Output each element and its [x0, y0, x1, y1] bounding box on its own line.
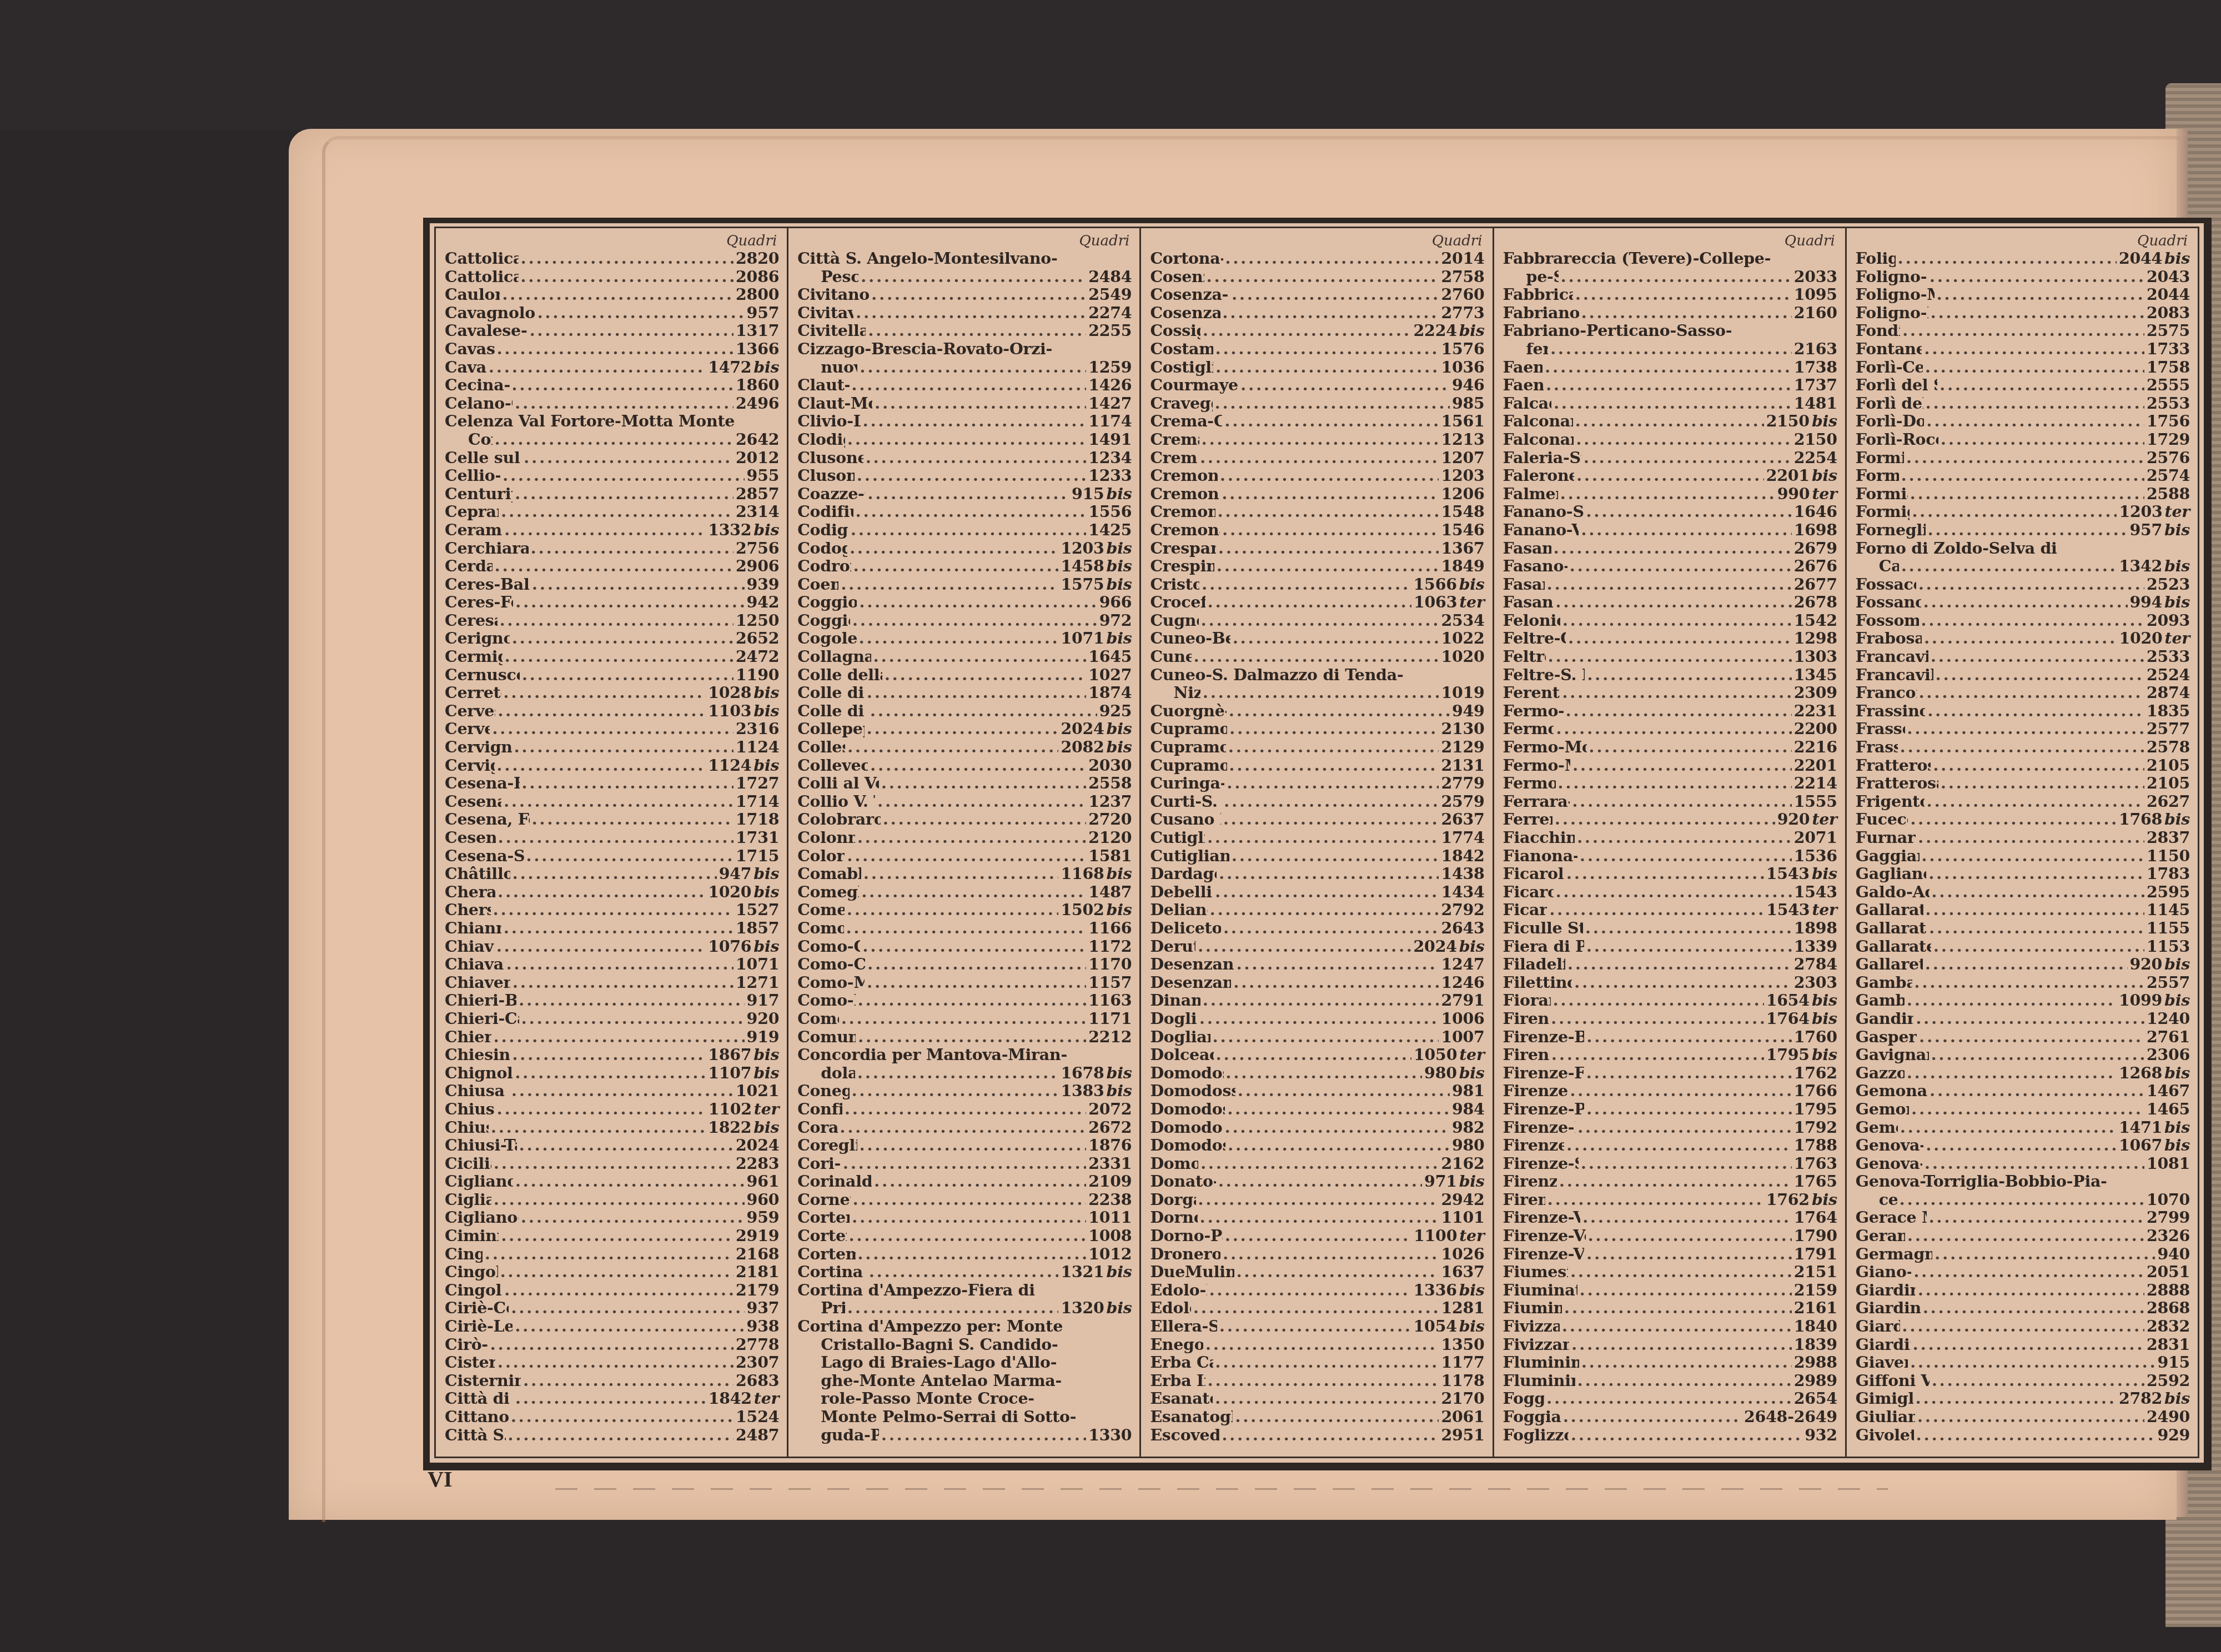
entry-table-number: 920: [1777, 810, 1810, 828]
entry-name: Gimigliano-Catanzaro: [1856, 1389, 1913, 1408]
entry-name: Fianona-Castel Lupogliano: [1503, 847, 1577, 865]
entry-name: Cupramontana-Castelplanio: [1150, 720, 1227, 738]
entry-name: Firenze-Pontassieve-Bibbiena.: [1503, 1100, 1585, 1118]
leader-dots: [1587, 666, 1791, 684]
leader-dots: [505, 647, 733, 666]
entry-name: Chieri-Castelnuovo d'Asti: [445, 1010, 519, 1028]
index-entry: Collio V. T.-Lavone-Tavernole1237: [797, 792, 1132, 811]
leader-dots: [1589, 738, 1792, 756]
index-entry: Comeno-Sistiana1502bis: [797, 901, 1132, 919]
entry-name: Formigara-Cremona: [1856, 503, 1910, 521]
entry-table-number: 2575: [2147, 322, 2190, 340]
index-entry: Celano-Celano Stazione2496: [445, 394, 779, 413]
index-entry: Fermo-Ascoli Piceno2231: [1503, 702, 1837, 720]
entry-suffix: bis: [1459, 1172, 1485, 1191]
entry-table-number: 1071: [736, 955, 779, 973]
index-entry: Enego-Primolano1350: [1150, 1335, 1484, 1354]
entry-name: Conegliano-Oderzo: [797, 1082, 849, 1100]
index-entry: Fanano-Vidiciatico-Bologna1698: [1503, 521, 1837, 539]
leader-dots: [1228, 738, 1439, 756]
entry-name: role-Passo Monte Croce-: [821, 1389, 1034, 1408]
leader-dots: [1924, 629, 2117, 647]
leader-dots: [1916, 1389, 2117, 1408]
entry-name: Claut-Montereale-Maniago: [797, 394, 872, 413]
leader-dots: [1203, 684, 1439, 702]
index-entry: Chianni-Pontedera1857: [445, 919, 779, 937]
index-entry: Crocefieschi-Busalla1063ter: [1150, 593, 1484, 611]
index-entry: Gavignano-Segni Stazione2306: [1856, 1046, 2190, 1064]
entry-name: Falconara Alta-Falconara M.: [1503, 412, 1573, 430]
index-entry: Cremona-Castelponzone1206: [1150, 485, 1484, 503]
leader-dots: [852, 1208, 1086, 1227]
index-entry: Como-Nesso-Zelbio1163: [797, 991, 1132, 1010]
entry-table-number: 966: [1099, 593, 1132, 611]
entry-name: Cherasco-Stazione: [445, 883, 495, 901]
entry-table-number: 1527: [736, 901, 779, 919]
leader-dots: [1546, 1389, 1791, 1408]
leader-dots: [857, 828, 1086, 847]
index-entry: Firenze-Abetone1764bis: [1503, 1010, 1837, 1028]
leader-dots: [515, 1389, 706, 1408]
index-entry: Comeglians-Sappada1487: [797, 883, 1132, 901]
leader-dots: [514, 738, 733, 756]
index-entry: Monte Pelmo-Serrai di Sotto-: [797, 1408, 1132, 1426]
entry-name: Ficarolo-Badia Polesine: [1503, 865, 1564, 883]
leader-dots: [881, 1426, 1086, 1444]
leader-dots: [1208, 593, 1411, 611]
entry-table-number: 1233: [1088, 466, 1132, 485]
entry-name: Esanatoglia-Matelica Stazione.: [1150, 1408, 1233, 1426]
index-entry: Cherso-Ossero1527: [445, 901, 779, 919]
index-entry: Como-Carate Brianza1172: [797, 937, 1132, 956]
index-entry: Fivizzano-Collagna1840: [1503, 1317, 1837, 1335]
entry-name: Cervesina-Voghera: [445, 702, 495, 720]
index-entry: Firenze-Montespertoli1766: [1503, 1082, 1837, 1100]
index-entry: Debellis-Nimis-Udine1434: [1150, 883, 1484, 901]
entry-name: Delianova-Bagnara: [1150, 901, 1207, 919]
entry-name: Comunanza-Pedaso: [797, 1028, 856, 1046]
entry-suffix: bis: [1812, 865, 1837, 883]
entry-table-number: 1170: [1088, 955, 1132, 973]
index-entry: Fucecchio-Stazione1768bis: [1856, 810, 2190, 828]
index-entry: Cutigliano-Pistoia1774: [1150, 828, 1484, 847]
entry-name: Corinaldo-Senigal.-Ancona: [797, 1172, 872, 1191]
leader-dots: [1235, 1408, 1439, 1426]
leader-dots: [1545, 358, 1791, 376]
entry-name: Celenza Val Fortore-Motta Monte: [445, 412, 735, 430]
entry-table-number: 1898: [1794, 919, 1837, 937]
entry-suffix: bis: [1812, 412, 1837, 430]
entry-name: Cosenza-S. Demetrio Corone.: [1150, 285, 1229, 304]
entry-table-number: 1788: [1794, 1136, 1837, 1154]
leader-dots: [1218, 503, 1439, 521]
entry-table-number: 2549: [1088, 285, 1132, 304]
leader-dots: [881, 774, 1086, 792]
index-entry: Cavagnolo Staz.-Serralunga Staz.957: [445, 304, 779, 322]
entry-name: Fiera di Prim.-S. Martino di C.: [1503, 937, 1584, 956]
entry-name: Firenze-Borgo S.Lorenzo-Luco: [1503, 1028, 1585, 1046]
leader-dots: [873, 647, 1086, 666]
entry-name: Città di Castello-Monterchi: [445, 1389, 513, 1408]
index-entry: Formigara-Cremona1203ter: [1856, 503, 2190, 521]
index-entry: Genova-Torriglia-Bobbio-Pia-: [1856, 1172, 2190, 1191]
leader-dots: [1233, 629, 1439, 647]
index-entry: Frassinoro-Montefiorino1835: [1856, 702, 2190, 720]
entry-table-number: 1766: [1794, 1082, 1837, 1100]
entry-name: Colonnetta-Ancona: [797, 828, 855, 847]
index-entry: Forneglio-Serralunga Crea957bis: [1856, 521, 2190, 539]
leader-dots: [491, 1118, 706, 1137]
entry-table-number: 2254: [1794, 449, 1837, 467]
index-entry: Cusano Mutri-Benevento2637: [1150, 810, 1484, 828]
entry-table-number: 1718: [736, 810, 779, 828]
entry-name: Cavalese-Canazei-Passo Pordoi: [445, 322, 527, 340]
entry-name: Gandino-Gazzaniga: [1856, 1010, 1914, 1028]
entry-suffix: bis: [1459, 1317, 1485, 1335]
leader-dots: [1918, 1281, 2144, 1299]
entry-suffix: bis: [1107, 865, 1132, 883]
index-entry: Codogno-Soresina1203bis: [797, 539, 1132, 558]
entry-table-number: 925: [1099, 702, 1132, 720]
leader-dots: [494, 1154, 733, 1173]
index-entry: cenza1070: [1856, 1191, 2190, 1209]
entry-table-number: 1240: [2147, 1010, 2190, 1028]
entry-table-number: 2168: [736, 1245, 779, 1263]
index-entry: Cortona-Cortona Stazione2014: [1150, 249, 1484, 268]
entry-name: Cutigliano-S. Marcello-Lucca: [1150, 847, 1229, 865]
leader-dots: [1227, 1100, 1450, 1118]
entry-name: Fanano-Vidiciatico-Bologna: [1503, 521, 1579, 539]
index-table-frame: Quadri Cattolica Eraclea-Stazione2820Cat…: [423, 218, 2212, 1470]
index-entry: dola-Modena1678bis: [797, 1064, 1132, 1082]
leader-dots: [500, 1263, 733, 1281]
entry-suffix: bis: [1812, 466, 1837, 485]
entry-name: Chiavari-Rezzoaglio: [445, 955, 504, 973]
entry-table-number: 2637: [1441, 810, 1484, 828]
entry-name: Giaveno-Coazze.: [1856, 1353, 1908, 1372]
entry-name: Fiuminata-Fabriano: [1503, 1299, 1562, 1317]
index-entry: Cervesina-Voghera1103bis: [445, 702, 779, 720]
leader-dots: [853, 1191, 1087, 1209]
leader-dots: [846, 919, 1087, 937]
entry-table-number: 1006: [1441, 1010, 1484, 1028]
leader-dots: [1923, 593, 2128, 611]
index-entry: Forlì del Sannio-Isernia2553: [1856, 394, 2190, 413]
leader-dots: [852, 611, 1097, 630]
leader-dots: [522, 774, 734, 792]
leader-dots: [867, 720, 1059, 738]
index-entry: Collescipoli-Terni2082bis: [797, 738, 1132, 756]
entry-name: Cugnoli-Alanno: [1150, 611, 1198, 630]
leader-dots: [1549, 901, 1764, 919]
leader-dots: [885, 666, 1086, 684]
entry-name: Cuneo-Carrù: [1150, 647, 1191, 666]
leader-dots: [521, 1208, 745, 1227]
entry-table-number: 1842: [708, 1389, 752, 1408]
index-entry: Ferrara-Fratta Polesine1555: [1503, 792, 1837, 811]
index-entry: Celle sul Rigo-Città di Pieve2012: [445, 449, 779, 467]
entry-name: Chiusano-Voghera: [445, 1100, 495, 1118]
leader-dots: [1202, 575, 1411, 594]
leader-dots: [1207, 268, 1439, 286]
entry-table-number: 2837: [2147, 828, 2190, 847]
index-entry: Fossano-Murazzo-Cuneo994bis: [1856, 593, 2190, 611]
entry-table-number: 1481: [1794, 394, 1837, 413]
entry-name: Deliceto-Bovino Stazione: [1150, 919, 1221, 937]
leader-dots: [1229, 702, 1450, 720]
entry-table-number: 1426: [1088, 376, 1132, 394]
index-entry: Fasano-Laureto2679: [1503, 539, 1837, 558]
leader-dots: [1223, 810, 1439, 828]
entry-name: Gambolò-Mortara: [1856, 991, 1905, 1010]
index-entry: Cerignola Camp.-Città2652: [445, 629, 779, 647]
entry-name: Cervignano-Melzo: [445, 756, 495, 775]
entry-table-number: 2307: [736, 1353, 779, 1372]
entry-table-number: 2162: [1441, 1154, 1484, 1173]
entry-suffix: bis: [753, 702, 779, 720]
entry-table-number: 957: [2130, 521, 2163, 539]
entry-table-number: 1575: [1061, 575, 1104, 594]
entry-name: Domodossola-Villadossola: [1150, 1136, 1225, 1154]
entry-table-number: 2129: [1441, 738, 1484, 756]
entry-table-number: 1190: [736, 666, 779, 684]
entry-name: Como-Casanova-Albiolo: [797, 955, 865, 973]
entry-suffix: ter: [1459, 593, 1484, 611]
index-entry: Domodossola-S. Lorenzo982: [1150, 1118, 1484, 1137]
entry-name: Cortona-Cortona Stazione: [1150, 249, 1223, 268]
index-entry: Gagliano-S. Piero a Sieve1783: [1856, 865, 2190, 883]
leader-dots: [511, 1299, 744, 1317]
index-entry: Fiuminata-Castelraimondo2159: [1503, 1281, 1837, 1299]
leader-dots: [1566, 1136, 1791, 1154]
entry-suffix: bis: [753, 684, 779, 702]
entry-name: Firenze-Pratovecchio-Stia: [1503, 1118, 1576, 1137]
entry-suffix: bis: [1812, 1046, 1837, 1064]
entry-table-number: 2314: [736, 503, 779, 521]
entry-table-number: 1281: [1441, 1299, 1484, 1317]
entry-name: nuovi-Chiari: [821, 358, 857, 376]
entry-table-number: 2919: [736, 1227, 779, 1245]
index-entry: Cirò-Stazione2778: [445, 1335, 779, 1354]
entry-table-number: 1795: [1794, 1100, 1837, 1118]
leader-dots: [1581, 1353, 1792, 1372]
entry-name: Chiavenna-Castasegna: [445, 973, 510, 992]
index-entry: Cortina d'Ampezzo per: Monte: [797, 1317, 1132, 1335]
index-entry: Fossacesia-Lanciano2523: [1856, 575, 2190, 594]
leader-dots: [856, 304, 1086, 322]
index-entry: Cingoli-Jesi2168: [445, 1245, 779, 1263]
entry-name: Collescipoli-Terni: [797, 738, 845, 756]
index-entry: Domodossola-Cascata del Toce981: [1150, 1082, 1484, 1100]
entry-suffix: ter: [754, 1389, 779, 1408]
entry-table-number: 1546: [1441, 521, 1484, 539]
index-entry: Gallareto-Villanova d'Asti920bis: [1856, 955, 2190, 973]
leader-dots: [1553, 991, 1764, 1010]
entry-table-number: 1857: [736, 919, 779, 937]
entry-suffix: bis: [753, 358, 779, 376]
index-entry: Cristo-Lugagnano1566bis: [1150, 575, 1484, 594]
entry-name: Fasano-Laureto: [1503, 539, 1551, 558]
leader-dots: [1200, 449, 1439, 467]
entry-suffix: ter: [1459, 1046, 1484, 1064]
entry-table-number: 2579: [1441, 792, 1484, 811]
entry-name: Enego-Primolano: [1150, 1335, 1203, 1354]
leader-dots: [1200, 1208, 1439, 1227]
entry-table-number: 2044: [2147, 285, 2190, 304]
entry-suffix: bis: [1107, 539, 1132, 558]
index-entry: Forlì-Rocca S.Casciano-Firenze1729: [1856, 430, 2190, 449]
index-entry: Ficulle Stazione-Ficulle Città.1898: [1503, 919, 1837, 937]
entry-name: Donato-Croceserra Ivrea: [1150, 1172, 1215, 1191]
index-entry: Cerreto Grue-Tortona1028bis: [445, 684, 779, 702]
column-header-quadri: Quadri: [1150, 234, 1484, 249]
entry-name: Giffoni Valle P.-Battipaglia: [1856, 1372, 1929, 1390]
index-entry: Chiusi Stazione1822bis: [445, 1118, 779, 1137]
leader-dots: [1926, 1136, 2117, 1154]
entry-table-number: 1317: [736, 322, 779, 340]
entry-table-number: 1268: [2119, 1064, 2162, 1082]
entry-table-number: 2642: [736, 430, 779, 449]
entry-table-number: 1174: [1088, 412, 1132, 430]
entry-table-number: 2044: [2119, 249, 2162, 268]
index-entry: Cortina d'Ampezzo-Auronzo1321bis: [797, 1263, 1132, 1281]
entry-name: Genova-Torriglia-Bobbio-Pia-: [1856, 1172, 2107, 1191]
entry-table-number: 942: [747, 593, 780, 611]
index-entry: Città S. Angelo-Elice2487: [445, 1426, 779, 1444]
entry-table-number: 1762: [1794, 1064, 1837, 1082]
column-entries: Fabbrareccia (Tevere)-Collepe-pe-Spoleto…: [1503, 249, 1837, 1444]
leader-dots: [1936, 666, 2144, 684]
leader-dots: [1932, 883, 2144, 901]
index-entry: Genova-Mad. della Guardia1067bis: [1856, 1136, 2190, 1154]
entry-suffix: bis: [753, 1118, 779, 1137]
index-entry: Dogliani-Murazzano1007: [1150, 1028, 1484, 1046]
index-entry: DueMulini-Formigine-Spezzana1637: [1150, 1263, 1484, 1281]
entry-name: Fasano-Selva: [1503, 575, 1545, 594]
entry-name: Erba Carella Mariaga: [1150, 1353, 1213, 1372]
leader-dots: [1922, 847, 2144, 865]
leader-dots: [868, 322, 1086, 340]
leader-dots: [1586, 1028, 1791, 1046]
entry-table-number: 1166: [1088, 919, 1132, 937]
entry-table-number: 915: [1072, 485, 1104, 503]
leader-dots: [1572, 756, 1792, 775]
entry-name: Genova-Mad. della Guardia: [1856, 1136, 1924, 1154]
index-entry: Firenze-Careggi.1795bis: [1503, 1046, 1837, 1064]
index-entry: Francofonte-Lentini.2874: [1856, 684, 2190, 702]
entry-suffix: bis: [2164, 1136, 2190, 1154]
entry-table-number: 961: [747, 1172, 780, 1191]
index-entry: Germagnano-Viù-Usseglio.940: [1856, 1245, 2190, 1263]
column-entries: Cattolica Eraclea-Stazione2820Cattolica-…: [445, 249, 779, 1444]
entry-table-number: 2179: [736, 1281, 779, 1299]
leader-dots: [1577, 1118, 1792, 1137]
entry-table-number: 1008: [1088, 1227, 1132, 1245]
entry-name: Crespano-Castelfranco: [1150, 539, 1216, 558]
entry-suffix: bis: [753, 937, 779, 956]
entry-table-number: 1581: [1088, 847, 1132, 865]
entry-table-number: 1839: [1794, 1335, 1837, 1354]
index-entry: Cesena-Bagno di Romagna1727: [445, 774, 779, 792]
index-entry: Francavilla al mare-Pescara.2524: [1856, 666, 2190, 684]
leader-dots: [852, 376, 1087, 394]
leader-dots: [870, 756, 1086, 775]
leader-dots: [500, 611, 733, 630]
entry-name: Coazze-Giaveno-Avigliana: [797, 485, 865, 503]
entry-name: Feltre-S. Martino di Castrozza.: [1503, 666, 1585, 684]
entry-name: Comeno-Sistiana: [797, 901, 845, 919]
entry-table-number: 1298: [1794, 629, 1837, 647]
leader-dots: [515, 394, 733, 413]
entry-table-number: 1860: [736, 376, 779, 394]
entry-table-number: 1715: [736, 847, 779, 865]
leader-dots: [1223, 1245, 1439, 1263]
leader-dots: [1228, 1136, 1450, 1154]
entry-name: Fabriano-Fabriano Stazione: [1503, 304, 1579, 322]
leader-dots: [859, 629, 1059, 647]
index-entry: Firenze-Radda-Siena1788: [1503, 1136, 1837, 1154]
column-header-quadri: Quadri: [797, 234, 1132, 249]
index-entry: Ciminna-Stazione2919: [445, 1227, 779, 1245]
entry-suffix: ter: [754, 1100, 779, 1118]
entry-table-number: 1203: [1061, 539, 1104, 558]
entry-table-number: 1063: [1414, 593, 1457, 611]
index-entry: Filettino-Piglio Stazione2303: [1503, 973, 1837, 992]
index-entry: Corato-Trani2672: [797, 1118, 1132, 1137]
entry-table-number: 2024: [1414, 937, 1457, 956]
index-entry: Gandino-Gazzaniga1240: [1856, 1010, 2190, 1028]
entry-name: Ceresara-Brescia: [445, 611, 498, 630]
entry-name: Cortemilia-Saliceto: [797, 1245, 855, 1263]
entry-table-number: 1213: [1441, 430, 1484, 449]
index-entry: Falcade-Agordo1481: [1503, 394, 1837, 413]
entry-table-number: 2071: [1794, 828, 1837, 847]
entry-table-number: 2760: [1441, 285, 1484, 304]
entry-table-number: 1698: [1794, 521, 1837, 539]
leader-dots: [1225, 1118, 1450, 1137]
index-entry: Clusone-Schilpario1233: [797, 466, 1132, 485]
leader-dots: [857, 466, 1086, 485]
entry-table-number: 917: [747, 991, 780, 1010]
entry-table-number: 2487: [736, 1426, 779, 1444]
index-entry: Feltre-Lamon1303: [1503, 647, 1837, 666]
leader-dots: [843, 1154, 1086, 1173]
leader-dots: [532, 810, 733, 828]
entry-table-number: 1071: [1061, 629, 1104, 647]
leader-dots: [1226, 1064, 1423, 1082]
entry-name: Collepepe-Deruta-Perugia.: [797, 720, 865, 738]
entry-name: Comabbio-Sesto Calende: [797, 865, 861, 883]
entry-name: Fasano-Martinafranca: [1503, 557, 1567, 575]
leader-dots: [537, 304, 745, 322]
index-entry: Cosenza-S. Giov. in Fiore2773: [1150, 304, 1484, 322]
entry-table-number: 1020: [708, 883, 751, 901]
index-entry: Codifiume-Ferrara1556: [797, 503, 1132, 521]
entry-table-number: 2274: [1088, 304, 1132, 322]
entry-table-number: 2578: [2147, 738, 2190, 756]
entry-name: Falcade-Agordo: [1503, 394, 1552, 413]
leader-dots: [485, 1245, 733, 1263]
leader-dots: [1556, 883, 1792, 901]
index-entry: Ceres-Forno Alpi Graie942: [445, 593, 779, 611]
leader-dots: [1916, 1010, 2144, 1028]
entry-table-number: 980: [1424, 1064, 1457, 1082]
index-entry: Foligno-Assisi2044bis: [1856, 249, 2190, 268]
leader-dots: [1906, 449, 2144, 467]
index-entry: Firenze-Borgo S.Lorenzo-Luco1760: [1503, 1028, 1837, 1046]
entry-name: Domodossola-Macugnaga: [1150, 1100, 1225, 1118]
leader-dots: [498, 702, 706, 720]
